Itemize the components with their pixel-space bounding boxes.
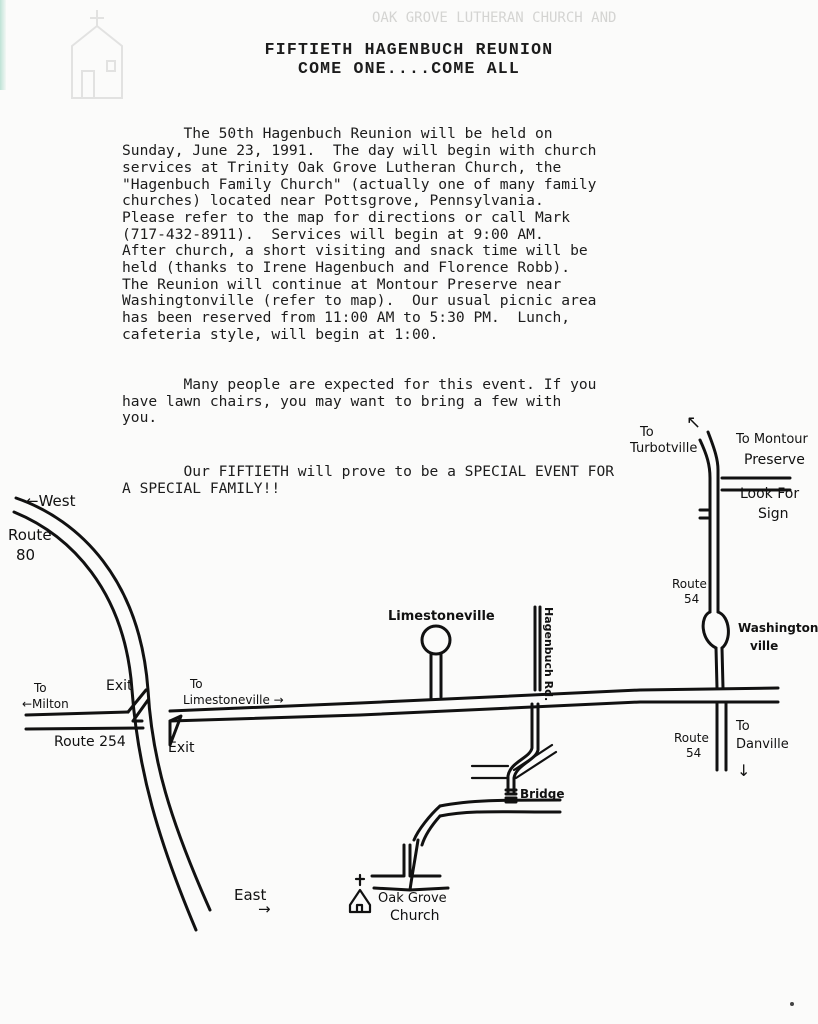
oak-grove-church-icon: [350, 875, 370, 912]
label-washingtonville-2: ville: [750, 639, 778, 653]
church-road: [372, 840, 448, 890]
label-church-2: Church: [390, 908, 440, 924]
east-arrow-icon: →: [258, 900, 271, 918]
label-bridge: Bridge: [520, 787, 565, 801]
label-limestoneville: Limestoneville: [388, 609, 495, 624]
label-exit-upper: Exit: [106, 678, 133, 694]
label-west: ←West: [26, 492, 76, 510]
title-line-2: COME ONE....COME ALL: [0, 59, 818, 78]
label-to-milton-2: ←Milton: [22, 697, 69, 711]
label-look-for-2: Sign: [758, 506, 789, 522]
document-title: FIFTIETH HAGENBUCH REUNION COME ONE....C…: [0, 40, 818, 78]
label-to-montour-1: To Montour: [735, 432, 809, 447]
label-hagenbuch-rd: Hagenbuch Rd.: [542, 607, 555, 701]
label-look-for-1: Look For: [740, 486, 799, 502]
title-line-1: FIFTIETH HAGENBUCH REUNION: [0, 40, 818, 59]
paragraph-details: The 50th Hagenbuch Reunion will be held …: [122, 126, 732, 343]
label-route54-lower-1: Route: [674, 731, 709, 745]
south-arrow-icon: ↓: [737, 761, 750, 780]
label-to-danville-1: To: [735, 719, 750, 734]
label-route80-2: 80: [16, 546, 35, 564]
label-route80-1: Route: [8, 526, 52, 544]
label-to-milton-1: To: [33, 681, 47, 695]
label-to-montour-2: Preserve: [744, 452, 805, 468]
label-to-limestoneville-2: Limestoneville →: [183, 693, 284, 707]
label-washingtonville-1: Washington-: [738, 621, 818, 635]
label-to-turbotville-2: Turbotville: [629, 441, 697, 456]
directions-map: ←West Route 80 To ←Milton Exit Route 254…: [0, 400, 818, 970]
label-route-254: Route 254: [54, 734, 126, 750]
label-exit-lower: Exit: [168, 740, 195, 756]
north-arrow-icon: ↖: [686, 412, 701, 433]
limestoneville-tower: [422, 626, 450, 698]
label-to-limestoneville-1: To: [189, 677, 203, 691]
label-route54-upper-1: Route: [672, 577, 707, 591]
label-route54-lower-2: 54: [686, 746, 701, 760]
scan-speck: [790, 1002, 794, 1006]
label-church-1: Oak Grove: [378, 891, 447, 906]
bleed-through-header: OAK GROVE LUTHERAN CHURCH AND: [372, 10, 616, 27]
label-to-danville-2: Danville: [736, 737, 789, 752]
label-to-turbotville-1: To: [639, 425, 654, 440]
label-route54-upper-2: 54: [684, 592, 699, 606]
